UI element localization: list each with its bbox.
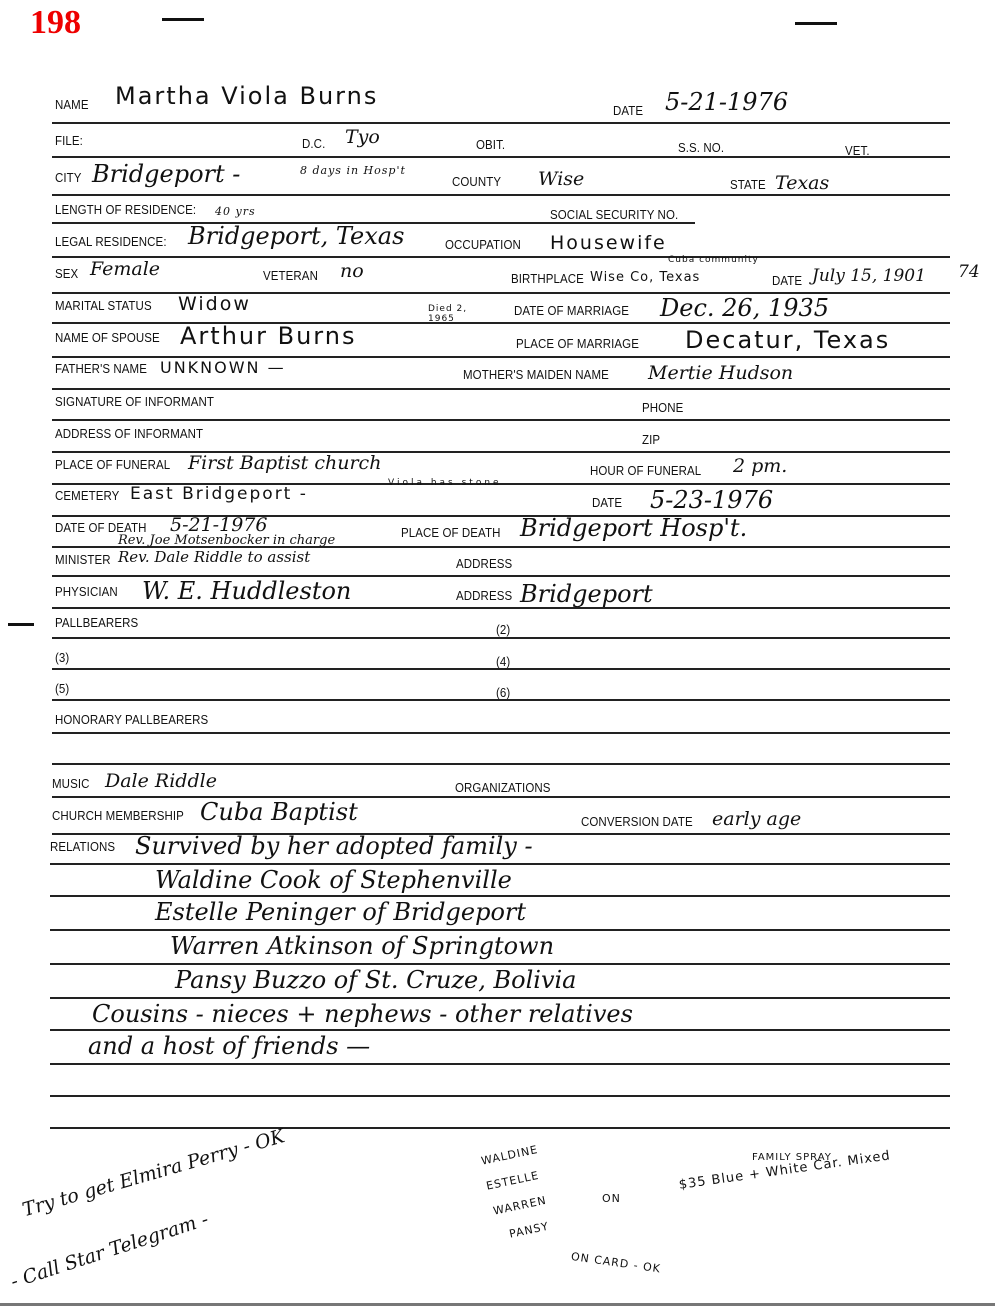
note-name-1: WALDINE — [480, 1143, 539, 1168]
dc-label: D.C. — [302, 137, 325, 151]
name-value: Martha Viola Burns — [115, 82, 378, 110]
relations-line: Pansy Buzzo of St. Cruze, Bolivia — [175, 966, 576, 994]
legal-residence-value: Bridgeport, Texas — [188, 222, 404, 250]
cemetery-note: Viola has stone — [388, 478, 502, 488]
form-line — [52, 636, 950, 639]
social-security-no-label: SOCIAL SECURITY NO. — [550, 208, 678, 222]
occupation-value: Housewife — [550, 232, 667, 254]
zip-label: ZIP — [642, 433, 660, 447]
place-of-death-value: Bridgeport Hosp't. — [520, 514, 747, 542]
city-label: CITY — [55, 171, 82, 185]
form-line — [50, 1094, 950, 1097]
form-line — [50, 1062, 950, 1065]
minister-note: Rev. Joe Motsenbocker in charge — [118, 533, 335, 548]
note-on-card: ON CARD - OK — [570, 1250, 661, 1275]
name-label: NAME — [55, 98, 89, 112]
veteran-label: VETERAN — [263, 269, 318, 283]
phone-label: PHONE — [642, 401, 683, 415]
physician-value: W. E. Huddleston — [142, 577, 351, 605]
note-name-4: PANSY — [508, 1220, 550, 1241]
age-margin-note: 74 — [958, 262, 980, 282]
pallbearer-slot-3: (3) — [55, 651, 69, 665]
cemetery-label: CEMETERY — [55, 489, 119, 503]
note-star-telegram: - Call Star Telegram - — [8, 1208, 211, 1293]
form-line — [50, 996, 950, 999]
form-line — [52, 731, 950, 734]
form-line — [52, 387, 950, 390]
ss-no-label: S.S. NO. — [678, 141, 724, 155]
relations-line: Warren Atkinson of Springtown — [170, 932, 554, 960]
minister-address-label: ADDRESS — [456, 557, 512, 571]
page-number: 198 — [30, 4, 81, 42]
marital-status-label: MARITAL STATUS — [55, 299, 152, 313]
form-line — [52, 193, 950, 196]
form-line — [50, 962, 950, 965]
name-of-spouse-value: Arthur Burns — [180, 322, 356, 350]
pallbearer-slot-2: (2) — [496, 623, 510, 637]
note-name-2: ESTELLE — [485, 1169, 540, 1193]
form-line — [52, 795, 950, 798]
note-on: ON — [602, 1192, 621, 1205]
place-of-funeral-value: First Baptist church — [188, 452, 381, 474]
physician-address-value: Bridgeport — [520, 580, 653, 608]
date-of-marriage-label: DATE OF MARRIAGE — [514, 304, 629, 318]
note-elmira-perry: Try to get Elmira Perry - OK — [20, 1125, 287, 1221]
county-label: COUNTY — [452, 175, 501, 189]
form-line — [52, 418, 950, 421]
form-line — [50, 862, 950, 865]
relations-line: Survived by her adopted family - — [135, 832, 533, 860]
county-value: Wise — [538, 168, 584, 190]
name-of-spouse-label: NAME OF SPOUSE — [55, 331, 160, 345]
funeral-date-label: DATE — [592, 496, 622, 510]
church-membership-value: Cuba Baptist — [200, 798, 358, 826]
church-membership-label: CHURCH MEMBERSHIP — [52, 809, 184, 823]
state-value: Texas — [775, 172, 829, 194]
form-line — [50, 894, 950, 897]
funeral-date-value: 5-23-1976 — [650, 486, 773, 514]
length-of-residence-label: LENGTH OF RESIDENCE: — [55, 203, 196, 217]
date-label: DATE — [613, 104, 643, 118]
form-line — [50, 928, 950, 931]
cemetery-value: East Bridgeport - — [130, 484, 308, 504]
mothers-maiden-name-value: Mertie Hudson — [648, 362, 793, 384]
form-line — [52, 121, 950, 124]
birth-date-value: July 15, 1901 — [812, 266, 926, 286]
relations-label: RELATIONS — [50, 840, 115, 854]
signature-of-informant-label: SIGNATURE OF INFORMANT — [55, 395, 214, 409]
music-label: MUSIC — [52, 777, 90, 791]
legal-residence-label: LEGAL RESIDENCE: — [55, 235, 167, 249]
state-label: STATE — [730, 178, 766, 192]
dc-value: Tyo — [345, 126, 380, 148]
note-name-3: WARREN — [492, 1194, 548, 1218]
marital-status-value: Widow — [178, 293, 251, 315]
form-line — [52, 762, 950, 765]
occupation-label: OCCUPATION — [445, 238, 521, 252]
physician-label: PHYSICIAN — [55, 585, 118, 599]
honorary-pallbearers-label: HONORARY PALLBEARERS — [55, 713, 208, 727]
form-line — [50, 1126, 950, 1129]
hour-of-funeral-label: HOUR OF FUNERAL — [590, 464, 701, 478]
form-line — [52, 450, 950, 453]
form-line — [52, 255, 950, 258]
music-value: Dale Riddle — [105, 770, 217, 792]
relations-line: Waldine Cook of Stephenville — [155, 866, 512, 894]
relations-line: and a host of friends — — [88, 1032, 370, 1060]
conversion-date-label: CONVERSION DATE — [581, 815, 693, 829]
top-dash-mark — [795, 22, 837, 25]
birth-date-label: DATE — [772, 274, 802, 288]
minister-label: MINISTER — [55, 553, 111, 567]
address-of-informant-label: ADDRESS OF INFORMANT — [55, 427, 203, 441]
minister-value: Rev. Dale Riddle to assist — [118, 548, 310, 566]
date-of-marriage-value: Dec. 26, 1935 — [660, 294, 829, 322]
birthplace-label: BIRTHPLACE — [511, 272, 584, 286]
place-of-marriage-value: Decatur, Texas — [685, 326, 890, 354]
place-of-marriage-label: PLACE OF MARRIAGE — [516, 337, 639, 351]
sex-value: Female — [90, 258, 160, 280]
hour-of-funeral-value: 2 pm. — [733, 455, 787, 477]
form-line — [50, 1028, 950, 1031]
fathers-name-value: UNKNOWN — — [160, 358, 286, 377]
length-of-residence-value: 40 yrs — [215, 205, 256, 218]
top-dash-mark — [162, 18, 204, 21]
form-line — [52, 155, 950, 158]
pallbearer-slot-5: (5) — [55, 682, 69, 696]
pallbearers-label: PALLBEARERS — [55, 616, 138, 630]
physician-address-label: ADDRESS — [456, 589, 512, 603]
place-of-death-label: PLACE OF DEATH — [401, 526, 500, 540]
mothers-maiden-name-label: MOTHER'S MAIDEN NAME — [463, 368, 609, 382]
margin-arrow-mark — [8, 623, 34, 626]
date-value: 5-21-1976 — [665, 88, 788, 116]
organizations-label: ORGANIZATIONS — [455, 781, 551, 795]
relations-line: Estelle Peninger of Bridgeport — [155, 898, 526, 926]
form-line — [52, 698, 950, 701]
relations-line: Cousins - nieces + nephews - other relat… — [92, 1000, 633, 1028]
birthplace-note: Cuba community — [668, 255, 759, 265]
form-line — [52, 606, 950, 609]
birthplace-value: Wise Co, Texas — [590, 270, 700, 285]
city-note: 8 days in Hosp't — [300, 164, 406, 177]
veteran-value: no — [340, 260, 364, 282]
form-line — [52, 667, 950, 670]
conversion-date-value: early age — [712, 808, 801, 830]
file-label: FILE: — [55, 134, 83, 148]
sex-label: SEX — [55, 267, 78, 281]
place-of-funeral-label: PLACE OF FUNERAL — [55, 458, 170, 472]
city-value: Bridgeport - — [92, 160, 240, 188]
fathers-name-label: FATHER'S NAME — [55, 362, 147, 376]
obit-label: OBIT. — [476, 138, 505, 152]
